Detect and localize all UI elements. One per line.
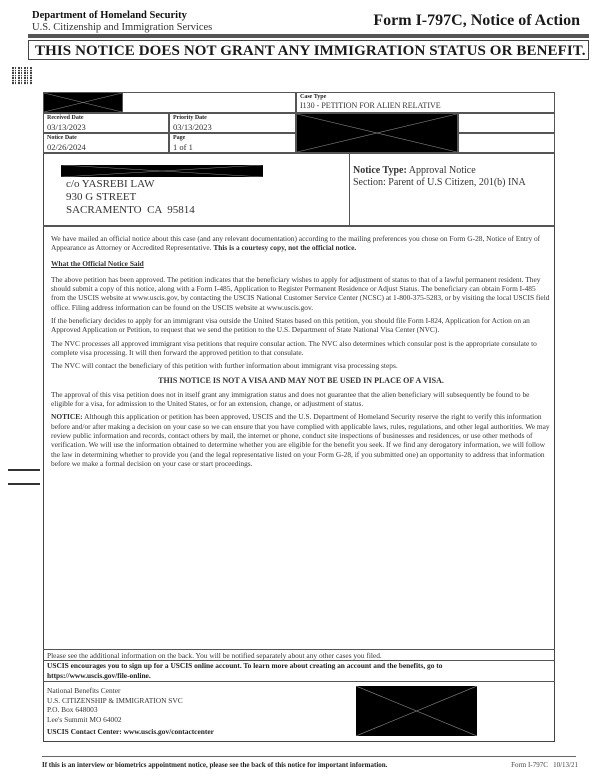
bottom-note: If this is an interview or biometrics ap… [42, 761, 387, 769]
receipt-cell [123, 92, 296, 113]
section-heading: What the Official Notice Said [51, 259, 551, 268]
page-cell: Page 1 of 1 [169, 133, 296, 153]
divider [349, 153, 350, 225]
courtesy-copy-note: This is a courtesy copy, not the officia… [213, 243, 356, 252]
page-label: Page [170, 134, 295, 142]
divider [43, 153, 555, 154]
address-line-3: SACRAMENTO CA 95814 [66, 204, 195, 217]
paragraph-nvc-process: The NVC processes all approved immigrant… [51, 339, 551, 358]
priority-date-value: 03/13/2023 [170, 122, 295, 132]
signature-redacted [356, 686, 477, 736]
return-address-line-2: U.S. CITIZENSHIP & IMMIGRATION SVC [47, 696, 183, 706]
paragraph-approval: The above petition has been approved. Th… [51, 275, 551, 312]
beneficiary-redacted [296, 113, 458, 153]
additional-info-note: Please see the additional information on… [47, 651, 552, 660]
form-revision: Form I-797C 10/13/21 [511, 761, 578, 769]
case-type-cell: Case Type I130 - PETITION FOR ALIEN RELA… [296, 92, 555, 113]
return-address-line-1: National Benefits Center [47, 686, 183, 696]
notice-label: NOTICE: [51, 412, 83, 421]
return-address-line-3: P.O. Box 648003 [47, 705, 183, 715]
address-line-2: 930 G STREET [66, 191, 195, 204]
contact-center-link[interactable]: USCIS Contact Center: www.uscis.gov/cont… [47, 727, 214, 737]
notice-body: We have mailed an official notice about … [51, 234, 551, 472]
margin-mark [8, 469, 40, 471]
paragraph-verification: Although this application or petition ha… [51, 412, 550, 467]
header-divider [28, 34, 589, 38]
sub-agency-name: U.S. Citizenship and Immigration Service… [32, 22, 212, 34]
barcode-icon [12, 67, 32, 85]
empty-cell-1 [458, 113, 555, 133]
priority-date-label: Priority Date [170, 114, 295, 122]
notice-type-label: Notice Type: [353, 165, 407, 176]
received-date-label: Received Date [44, 114, 168, 122]
notice-date-label: Notice Date [44, 134, 168, 142]
empty-cell-2 [458, 133, 555, 153]
notice-type-block: Notice Type: Approval Notice Section: Pa… [353, 165, 526, 189]
divider [43, 681, 555, 682]
recipient-name-redacted [61, 165, 263, 177]
notice-date-value: 02/26/2024 [44, 142, 168, 152]
address-line-1: c/o YASREBI LAW [66, 178, 195, 191]
status-banner: THIS NOTICE DOES NOT GRANT ANY IMMIGRATI… [28, 40, 589, 60]
priority-date-cell: Priority Date 03/13/2023 [169, 113, 296, 133]
divider [43, 225, 555, 227]
visa-warning: THIS NOTICE IS NOT A VISA AND MAY NOT BE… [51, 376, 551, 385]
received-date-cell: Received Date 03/13/2023 [43, 113, 169, 133]
margin-mark [8, 483, 40, 485]
bottom-divider [42, 756, 576, 757]
case-type-value: I130 - PETITION FOR ALIEN RELATIVE [297, 101, 554, 111]
notice-section: Section: Parent of U.S Citizen, 201(b) I… [353, 177, 526, 189]
agency-header: Department of Homeland Security U.S. Cit… [32, 10, 212, 34]
online-account-note: USCIS encourages you to sign up for a US… [47, 661, 497, 680]
paragraph-no-status: The approval of this visa petition does … [51, 390, 551, 409]
divider [43, 649, 555, 650]
received-date-value: 03/13/2023 [44, 122, 168, 132]
paragraph-i824: If the beneficiary decides to apply for … [51, 316, 551, 335]
agency-name: Department of Homeland Security [32, 10, 212, 22]
form-title: Form I-797C, Notice of Action [373, 12, 580, 30]
page-value: 1 of 1 [170, 142, 295, 152]
receipt-number-redacted [43, 92, 123, 113]
return-address-line-4: Lee's Summit MO 64002 [47, 715, 183, 725]
notice-type-value: Approval Notice [409, 165, 476, 176]
case-type-label: Case Type [297, 93, 554, 101]
recipient-address: c/o YASREBI LAW 930 G STREET SACRAMENTO … [66, 178, 195, 217]
return-address: National Benefits Center U.S. CITIZENSHI… [47, 686, 183, 724]
paragraph-nvc-contact: The NVC will contact the beneficiary of … [51, 361, 551, 370]
notice-date-cell: Notice Date 02/26/2024 [43, 133, 169, 153]
